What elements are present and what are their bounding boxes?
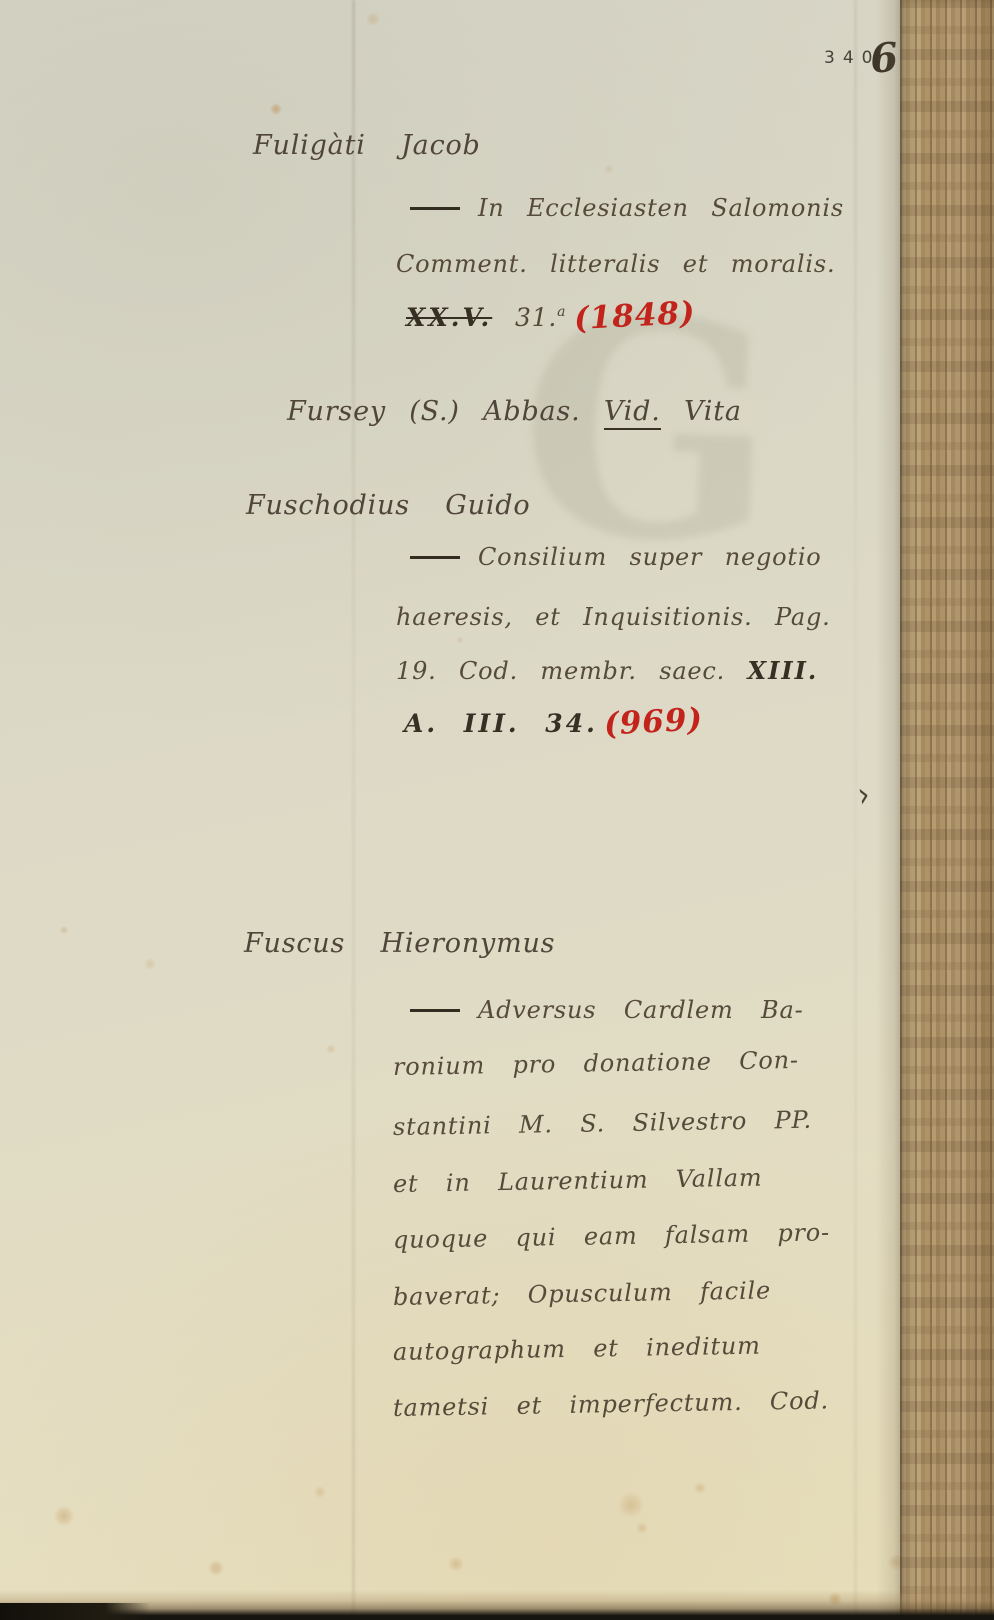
entry-heading-text: Vita — [661, 396, 742, 427]
book-bottom-corner — [0, 1603, 150, 1620]
shelfmark-classmark: XX.V. — [406, 303, 492, 332]
entry-line-text: baverat; Opusculum facile — [393, 1276, 771, 1311]
shelfmark-superscript: a — [557, 304, 566, 320]
accession-number-red: (1848) — [573, 295, 696, 337]
century-roman-numeral: XIII. — [748, 656, 819, 685]
entry-line-text: quoque qui eam falsam pro- — [393, 1218, 830, 1254]
paper-crease — [854, 0, 857, 1620]
entry-line-text: tametsi et imperfectum. Cod. — [393, 1386, 829, 1422]
book-fore-edge — [900, 0, 994, 1620]
entry-line-text: ronium pro donatione Con- — [393, 1046, 799, 1081]
foxing-spot — [144, 958, 156, 970]
accession-number-red: (969) — [603, 701, 704, 742]
entry-line-text: Consilium super negotio — [478, 543, 822, 571]
entry-line-text: stantini M. S. Silvestro PP. — [393, 1106, 812, 1141]
entry-heading-text: Fursey (S.) Abbas. — [287, 396, 604, 427]
foxing-spot — [618, 1492, 644, 1518]
entry-heading: Fuligàti Jacob — [253, 130, 481, 161]
em-dash-stroke — [410, 556, 460, 559]
entry-line: Consilium super negotio — [410, 543, 822, 571]
foxing-spot — [694, 1482, 706, 1494]
entry-line-text: 19. Cod. membr. saec. — [396, 657, 748, 685]
entry-line: Adversus Cardlem Ba- — [410, 996, 803, 1024]
foxing-spot — [604, 164, 614, 174]
entry-line-text: Adversus Cardlem Ba- — [478, 996, 803, 1024]
foxing-spot — [270, 103, 282, 115]
foxing-spot — [456, 636, 464, 644]
entry-line-text: et in Laurentium Vallam — [393, 1164, 763, 1198]
foxing-spot — [60, 926, 68, 934]
em-dash-stroke — [410, 207, 460, 210]
entry-heading: Fuschodius Guido — [246, 490, 530, 521]
shelfmark-classmark: A. III. 34. — [404, 709, 598, 738]
foxing-spot — [314, 1486, 326, 1498]
entry-heading: Fuscus Hieronymus — [244, 928, 555, 959]
entry-line-text: Comment. litteralis et moralis. — [396, 250, 835, 278]
entry-line-text: autographum et ineditum — [393, 1332, 761, 1366]
entry-line-text: haeresis, et Inquisitionis. Pag. — [396, 603, 831, 631]
entry-line: 19. Cod. membr. saec. XIII. — [396, 656, 818, 685]
em-dash-stroke — [410, 1009, 460, 1012]
foxing-spot — [366, 12, 380, 26]
entry-line-text: In Ecclesiasten Salomonis — [478, 194, 844, 222]
shelfmark-line: A. III. 34.(969) — [404, 704, 703, 740]
margin-check-mark: › — [855, 773, 873, 816]
foxing-spot — [326, 1044, 336, 1054]
foxing-spot — [208, 1560, 224, 1576]
foxing-spot — [448, 1556, 464, 1572]
entry-line: In Ecclesiasten Salomonis — [410, 194, 844, 222]
vid-cross-reference: Vid. — [604, 396, 661, 430]
paper-crease — [352, 0, 355, 1620]
foxing-spot — [636, 1522, 648, 1534]
shelfmark-number: 31. — [492, 303, 557, 332]
shelfmark-line: XX.V. 31.a(1848) — [406, 298, 696, 334]
entry-heading: Fursey (S.) Abbas. Vid. Vita — [287, 396, 742, 427]
manuscript-page: G 340 677 Fuligàti Jacob In Ecclesiasten… — [0, 0, 994, 1620]
foxing-spot — [54, 1506, 74, 1526]
